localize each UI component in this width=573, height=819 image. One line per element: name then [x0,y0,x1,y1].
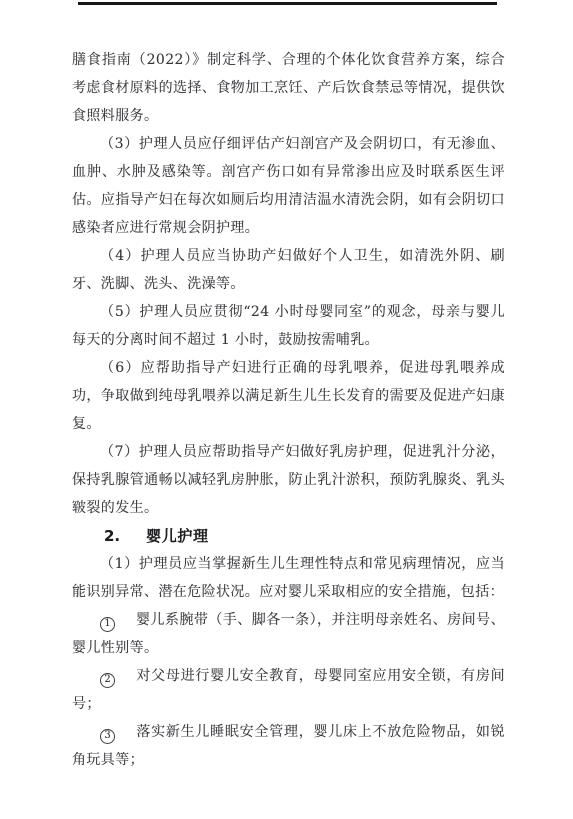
list-item-sleep-safety: 3落实新生儿睡眠安全管理，婴儿床上不放危险物品，如锐角玩具等； [72,718,505,774]
header-rule-divider [78,2,497,5]
list-item-wristband: 1婴儿系腕带（手、脚各一条），并注明母亲姓名、房间号、婴儿性别等。 [72,606,505,662]
section-number: 2. [104,522,120,550]
section-heading-infant-care: 2.婴儿护理 [72,522,505,550]
scanned-document-page: 膳食指南（2022）》制定科学、合理的个体化饮食营养方案，综合考虑食材原料的选择… [0,0,573,819]
paragraph-diet-guideline-tail: 膳食指南（2022）》制定科学、合理的个体化饮食营养方案，综合考虑食材原料的选择… [72,46,505,130]
document-body: 膳食指南（2022）》制定科学、合理的个体化饮食营养方案，综合考虑食材原料的选择… [72,46,505,774]
section-title: 婴儿护理 [146,527,208,545]
paragraph-6-breastfeeding: （6）应帮助指导产妇进行正确的母乳喂养，促进母乳喂养成功，争取做到纯母乳喂养以满… [72,354,505,438]
circled-number-2-icon: 2 [100,673,115,688]
list-item-text: 婴儿系腕带（手、脚各一条），并注明母亲姓名、房间号、婴儿性别等。 [72,612,505,656]
circled-number-3-icon: 3 [100,729,115,744]
list-item-safety-education: 2对父母进行婴儿安全教育，母婴同室应用安全锁，有房间号； [72,662,505,718]
paragraph-1-infant-knowledge: （1）护理员应当掌握新生儿生理性特点和常见病理情况，应当能识别异常、潜在危险状况… [72,550,505,606]
circled-number-1-icon: 1 [100,617,115,632]
paragraph-4-personal-hygiene: （4）护理人员应当协助产妇做好个人卫生，如清洗外阴、刷牙、洗脚、洗头、洗澡等。 [72,242,505,298]
list-item-text: 对父母进行婴儿安全教育，母婴同室应用安全锁，有房间号； [72,668,505,712]
list-item-text: 落实新生儿睡眠安全管理，婴儿床上不放危险物品，如锐角玩具等； [72,724,505,768]
paragraph-3-wound-care: （3）护理人员应仔细评估产妇剖宫产及会阴切口，有无渗血、血肿、水肿及感染等。剖宫… [72,130,505,242]
paragraph-7-breast-care: （7）护理人员应帮助指导产妇做好乳房护理，促进乳汁分泌，保持乳腺管通畅以减轻乳房… [72,438,505,522]
paragraph-5-rooming-in: （5）护理人员应贯彻“24 小时母婴同室”的观念，母亲与婴儿每天的分离时间不超过… [72,298,505,354]
